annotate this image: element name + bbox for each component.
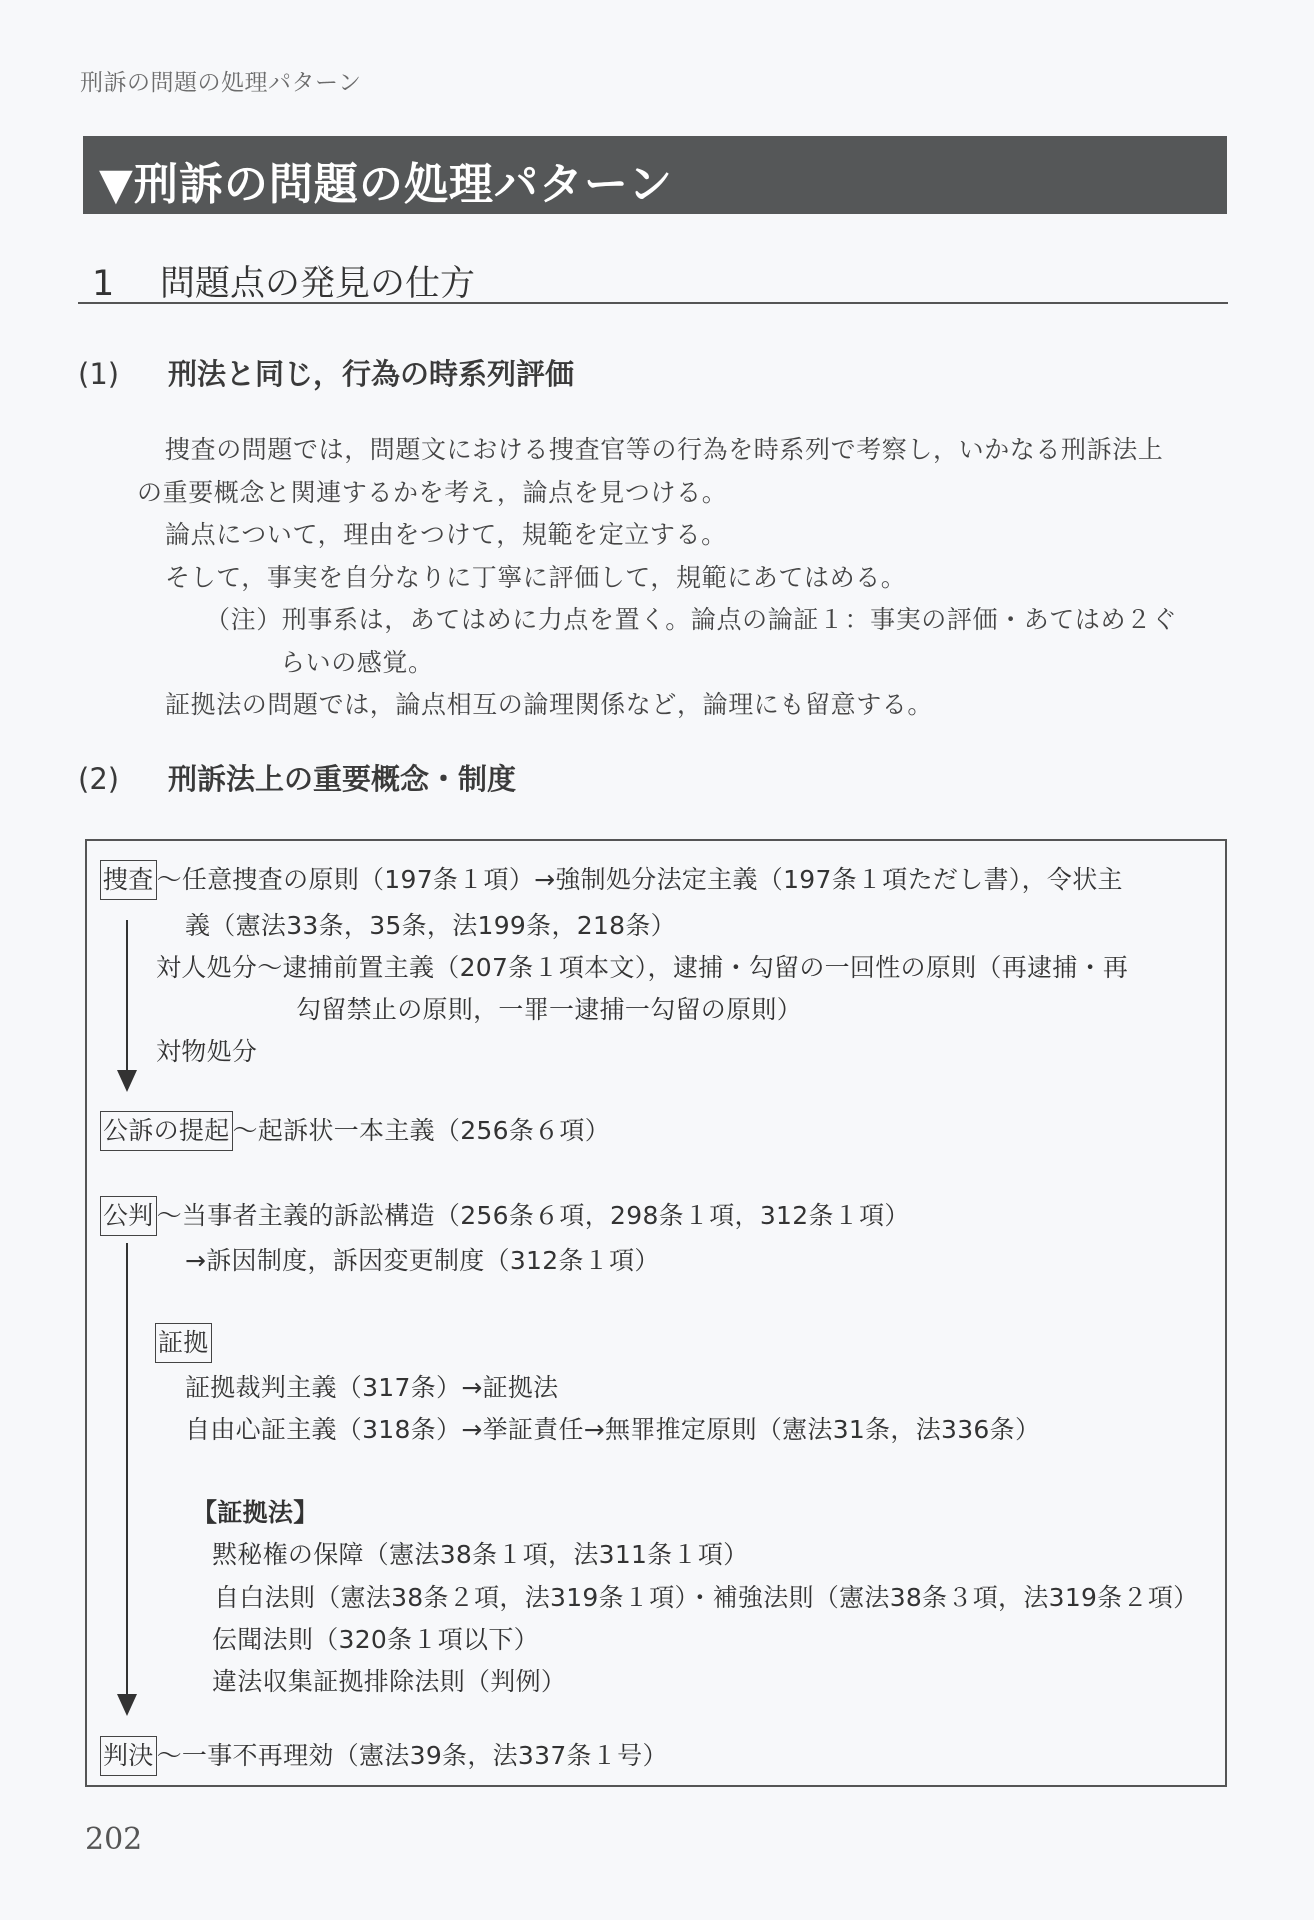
chapter-title: ▼刑訴の問題の処理パターン [99,148,673,212]
flow-line [126,920,128,1072]
flow-line [126,1243,128,1695]
paragraph-line: そして，事実を自分なりに丁寧に評価して，規範にあてはめる。 [165,558,906,594]
box-line-taibutsu: 対物処分 [156,1032,257,1068]
box-text: ～一事不再理効（憲法39条，法337条１号） [157,1741,668,1770]
box-line-taijin: 対人処分～逮捕前置主義（207条１項本文），逮捕・勾留の一回性の原則（再逮捕・再 [156,948,1128,984]
tag-hanketsu: 判決 [100,1736,157,1776]
box-line: 義（憲法33条，35条，法199条，218条） [185,906,676,942]
box-line-koso: 公訴の提起～起訴状一本主義（256条６項） [100,1111,610,1151]
subheading-number: (2) [78,762,168,796]
page-number: 202 [85,1822,142,1857]
box-line: 勾留禁止の原則，一罪一逮捕一勾留の原則） [296,990,802,1026]
box-text: ～当事者主義的訴訟構造（256条６項，298条１項，312条１項） [157,1201,910,1230]
note-line: らいの感覚。 [280,643,434,679]
tag-shoko: 証拠 [155,1323,212,1363]
section-number: 1 [92,264,160,304]
box-line: 証拠裁判主義（317条）→証拠法 [185,1368,558,1404]
paragraph-line: 論点について，理由をつけて，規範を定立する。 [165,515,727,551]
box-line: →訴因制度，訴因変更制度（312条１項） [185,1241,660,1277]
note-line: （注）刑事系は，あてはめに力点を置く。論点の論証１：事実の評価・あてはめ２ぐ [205,600,1177,636]
running-header: 刑訴の問題の処理パターン [80,64,362,97]
subheading-title: 刑法と同じ，行為の時系列評価 [168,357,574,391]
subheading-title: 刑訴法上の重要概念・制度 [168,762,516,796]
arrow-down-icon [117,1070,137,1092]
paragraph-line: の重要概念と関連するかを考え，論点を見つける。 [137,473,727,509]
section-divider [78,302,1228,304]
subheading-number: (1) [78,357,168,391]
evidence-law-item: 黙秘権の保障（憲法38条１項，法311条１項） [212,1535,748,1571]
evidence-law-item: 自白法則（憲法38条２項，法319条１項）・補強法則（憲法38条３項，法319条… [214,1578,1198,1614]
box-text: ～任意捜査の原則（197条１項）→強制処分法定主義（197条１項ただし書），令状… [157,865,1123,894]
subheading-2: (2)刑訴法上の重要概念・制度 [78,757,516,798]
box-line: 自由心証主義（318条）→挙証責任→無罪推定原則（憲法31条，法336条） [185,1410,1040,1446]
paragraph-line: 証拠法の問題では，論点相互の論理関係など，論理にも留意する。 [165,685,933,721]
box-line-sousa: 捜査～任意捜査の原則（197条１項）→強制処分法定主義（197条１項ただし書），… [100,860,1123,900]
tag-sousa: 捜査 [100,860,157,900]
tag-kohan: 公判 [100,1196,157,1236]
paragraph-line: 捜査の問題では，問題文における捜査官等の行為を時系列で考察し，いかなる刑訴法上 [165,430,1163,466]
box-line-shoko: 証拠 [155,1323,212,1363]
evidence-law-item: 伝聞法則（320条１項以下） [212,1620,539,1656]
tag-koso: 公訴の提起 [100,1111,233,1151]
evidence-law-item: 違法収集証拠排除法則（判例） [212,1662,566,1698]
section-title: 問題点の発見の仕方 [160,264,475,304]
section-heading-1: 1問題点の発見の仕方 [92,256,475,306]
chapter-title-bar: ▼刑訴の問題の処理パターン [83,136,1227,214]
box-text: ～起訴状一本主義（256条６項） [233,1116,611,1145]
box-line-hanketsu: 判決～一事不再理効（憲法39条，法337条１号） [100,1736,668,1776]
arrow-down-icon [117,1694,137,1716]
box-line-kohan: 公判～当事者主義的訴訟構造（256条６項，298条１項，312条１項） [100,1196,910,1236]
evidence-law-heading: 【証拠法】 [192,1493,319,1529]
subheading-1: (1)刑法と同じ，行為の時系列評価 [78,352,574,393]
